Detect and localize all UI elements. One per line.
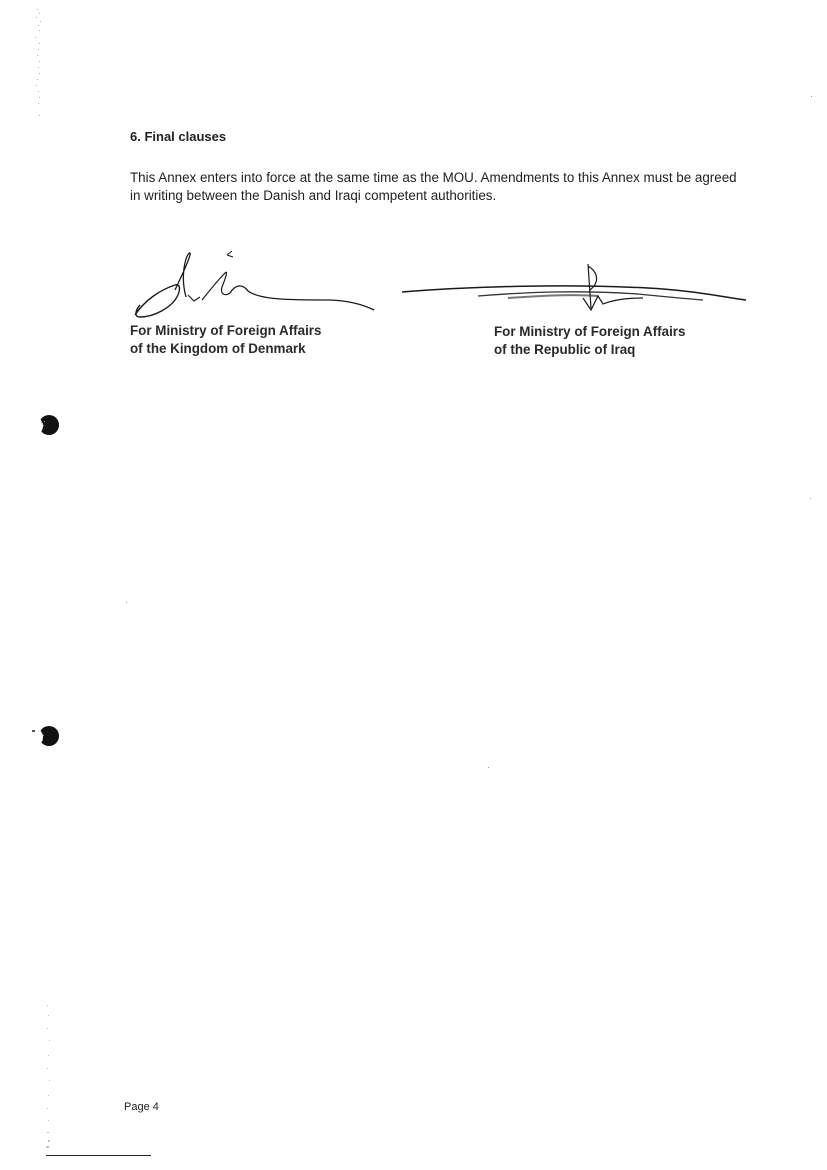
signatory-denmark: For Ministry of Foreign Affairs of the K… xyxy=(130,322,321,358)
scan-speck xyxy=(126,602,127,603)
scan-artifact xyxy=(34,5,42,120)
section-heading: 6. Final clauses xyxy=(130,129,226,144)
scan-artifact xyxy=(45,1000,53,1155)
punch-hole-icon xyxy=(38,413,60,437)
signatory-denmark-line1: For Ministry of Foreign Affairs xyxy=(130,322,321,340)
signature-iraq-icon xyxy=(398,260,750,320)
signatory-denmark-line2: of the Kingdom of Denmark xyxy=(130,340,321,358)
punch-hole-icon xyxy=(38,724,60,748)
signature-denmark-icon xyxy=(130,245,380,325)
signatory-iraq-line1: For Ministry of Foreign Affairs xyxy=(494,323,685,341)
footer-rule xyxy=(46,1155,151,1156)
scan-speck xyxy=(811,96,812,97)
signatory-iraq-line2: of the Republic of Iraq xyxy=(494,341,685,359)
scan-speck xyxy=(32,730,35,732)
final-clauses-paragraph: This Annex enters into force at the same… xyxy=(130,169,750,205)
scan-speck xyxy=(810,498,811,499)
page-number: Page 4 xyxy=(124,1101,159,1113)
signatory-iraq: For Ministry of Foreign Affairs of the R… xyxy=(494,323,685,359)
scan-speck xyxy=(488,767,489,768)
